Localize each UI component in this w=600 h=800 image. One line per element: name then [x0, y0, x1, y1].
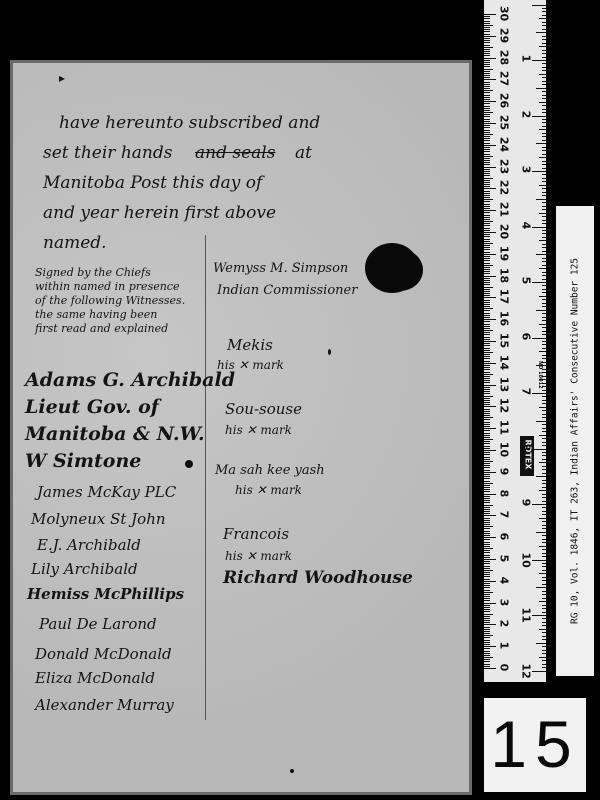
- ruler-tick: [484, 247, 490, 248]
- ruler-tick: [484, 396, 493, 397]
- ruler-tick: [542, 660, 546, 661]
- chief-name: Mekis: [227, 336, 273, 354]
- ruler-tick: [539, 546, 546, 547]
- ruler-tick: [484, 241, 490, 242]
- ruler-tick: [542, 358, 546, 359]
- ruler-tick: [484, 71, 490, 72]
- ruler-tick: [536, 32, 546, 33]
- ruler-tick: [484, 55, 490, 56]
- ruler-tick: [484, 171, 490, 172]
- ruler-tick: [484, 154, 490, 155]
- ruler-tick: [542, 164, 546, 165]
- ruler-tick: [484, 561, 490, 562]
- ruler-tick: [542, 646, 546, 647]
- ruler-tick: [484, 219, 490, 220]
- ruler-tick: [484, 287, 493, 288]
- ruler-tick: [532, 615, 546, 616]
- ruler-tick: [484, 282, 490, 283]
- ruler-tick: [542, 192, 546, 193]
- ruler-tick: [484, 162, 490, 163]
- ruler-tick: [542, 442, 546, 443]
- ruler-tick: [484, 481, 490, 482]
- ruler-tick: [484, 446, 490, 447]
- page-number: 15: [484, 706, 586, 782]
- witness-signature: Lieut Gov. of: [25, 396, 159, 418]
- ruler-tick: [542, 81, 546, 82]
- ruler-tick: [484, 620, 490, 621]
- ruler-tick: [542, 438, 546, 439]
- chief-mark: his ✕ mark: [217, 358, 284, 372]
- ruler-tick: [484, 489, 490, 490]
- ruler-cm-label: 0: [498, 660, 511, 676]
- ruler-tick: [484, 217, 490, 218]
- witness-heading: Signed by the Chiefs within named in pre…: [35, 266, 185, 336]
- ruler-tick: [484, 330, 493, 331]
- ruler-tick: [484, 494, 496, 495]
- ruler-tick: [484, 563, 490, 564]
- ruler-cm-label: 20: [498, 224, 511, 240]
- ruler-tick: [484, 18, 490, 19]
- ruler-tick: [542, 11, 546, 12]
- witness-heading-line: of the following Witnesses.: [35, 294, 185, 308]
- ruler-tick: [484, 356, 490, 357]
- ruler-tick: [484, 380, 490, 381]
- ruler-tick: [542, 570, 546, 571]
- ruler-tick: [484, 467, 490, 468]
- ruler-tick: [542, 525, 546, 526]
- ruler-tick: [484, 646, 496, 647]
- ruler-tick: [484, 149, 490, 150]
- ruler-tick: [532, 449, 546, 450]
- ruler-tick: [484, 339, 490, 340]
- ruler-tick: [484, 548, 493, 549]
- chief-name: Francois: [223, 525, 289, 543]
- ruler-tick: [542, 376, 546, 377]
- ruler-tick: [542, 233, 546, 234]
- ruler-tick: [484, 507, 490, 508]
- ruler-tick: [484, 402, 490, 403]
- ruler-cm-label: 14: [498, 354, 511, 370]
- ruler-tick: [484, 77, 490, 78]
- ruler-tick: [484, 97, 490, 98]
- ruler-tick: [484, 328, 490, 329]
- chief-name: Ma sah kee yash: [215, 463, 325, 478]
- ruler-tick: [484, 145, 496, 146]
- ruler-tick: [484, 559, 496, 560]
- ruler-cm-label: 2: [498, 616, 511, 632]
- ruler-tick: [539, 74, 546, 75]
- witness-signature: James McKay PLC: [37, 483, 176, 501]
- body-line-1: have hereunto subscribed and: [59, 113, 320, 133]
- ruler-tick: [484, 557, 490, 558]
- ruler-tick: [484, 45, 490, 46]
- ruler-tick: [484, 576, 490, 577]
- ruler-tick: [484, 140, 490, 141]
- ruler-tick: [542, 105, 546, 106]
- ruler-tick: [539, 379, 546, 380]
- ruler-tick: [484, 661, 490, 662]
- ruler-tick: [484, 627, 490, 628]
- ruler-inch-label: 9: [520, 497, 533, 509]
- ruler-cm-label: 27: [498, 71, 511, 87]
- ruler-tick: [484, 426, 490, 427]
- ruler-tick: [542, 473, 546, 474]
- column-divider: [205, 235, 206, 720]
- ruler-tick: [484, 116, 490, 117]
- ruler-tick: [484, 64, 490, 65]
- ruler-tick: [484, 348, 490, 349]
- ruler-tick: [484, 84, 490, 85]
- ruler-tick: [484, 191, 490, 192]
- ruler-inch-label: 7: [520, 386, 533, 398]
- commissioner-title: Indian Commissioner: [217, 283, 357, 298]
- ruler-tick: [484, 103, 490, 104]
- ruler-tick: [484, 542, 490, 543]
- ruler-tick: [542, 618, 546, 619]
- ruler-tick: [484, 276, 496, 277]
- ruler-cm-label: 10: [498, 442, 511, 458]
- ruler-tick: [484, 544, 490, 545]
- ruler-tick: [484, 167, 496, 168]
- ruler-tick: [484, 365, 490, 366]
- ruler-inch-label: 1: [520, 53, 533, 65]
- ruler-tick: [484, 236, 490, 237]
- ruler-tick: [484, 664, 490, 665]
- ruler-tick: [484, 337, 490, 338]
- body-line-5: named.: [43, 233, 107, 253]
- ruler-cm-label: 8: [498, 485, 511, 501]
- witness-signature: Hemiss McPhillips: [27, 585, 184, 603]
- ruler-tick: [484, 210, 496, 211]
- ruler-tick: [536, 476, 546, 477]
- ruler-tick: [484, 419, 490, 420]
- ruler-tick: [542, 91, 546, 92]
- chief-mark: his ✕ mark: [225, 423, 292, 437]
- ruler-tick: [484, 509, 490, 510]
- ruler-tick: [484, 520, 490, 521]
- ruler-tick: [484, 430, 490, 431]
- ruler-tick: [484, 435, 490, 436]
- ruler-tick: [484, 389, 490, 390]
- ruler-tick: [484, 505, 493, 506]
- ruler-tick: [484, 531, 490, 532]
- ruler-tick: [542, 667, 546, 668]
- ruler-tick: [484, 522, 490, 523]
- ruler-tick: [484, 666, 490, 667]
- ruler-tick: [539, 268, 546, 269]
- ruler-tick: [539, 157, 546, 158]
- ruler-tick: [542, 362, 546, 363]
- ruler-tick: [484, 75, 490, 76]
- ruler-cm-label: 22: [498, 180, 511, 196]
- ruler-tick: [484, 188, 496, 189]
- body-line-2a: set their hands: [43, 143, 172, 163]
- ruler-tick: [542, 50, 546, 51]
- ruler-tick: [484, 352, 493, 353]
- ruler-tick: [484, 36, 496, 37]
- archive-reference-label: RG 10, Vol. 1846, IT 263, Indian Affairs…: [556, 206, 594, 676]
- ruler-tick: [484, 310, 490, 311]
- ruler-tick: [484, 29, 490, 30]
- ruler-tick: [539, 129, 546, 130]
- ruler-tick: [542, 147, 546, 148]
- ruler-tick: [542, 112, 546, 113]
- ruler-tick: [542, 261, 546, 262]
- ruler-tick: [542, 341, 546, 342]
- ruler-tick: [539, 407, 546, 408]
- ruler-tick: [484, 398, 490, 399]
- ruler-tick: [484, 454, 490, 455]
- ruler-tick: [542, 22, 546, 23]
- ruler-tick: [484, 263, 490, 264]
- ruler-tick: [484, 14, 496, 15]
- ink-blot: [328, 349, 331, 355]
- ruler-tick: [484, 302, 490, 303]
- ruler-tick: [484, 433, 490, 434]
- ruler-tick: [542, 67, 546, 68]
- ruler-tick: [484, 326, 490, 327]
- ruler-tick: [484, 461, 493, 462]
- ruler-tick: [484, 572, 490, 573]
- ruler-tick: [484, 424, 490, 425]
- ruler-tick: [484, 23, 490, 24]
- ruler-tick: [542, 313, 546, 314]
- ruler-inch-label: 6: [520, 330, 533, 342]
- ruler-tick: [484, 535, 490, 536]
- ruler-tick: [536, 88, 546, 89]
- ruler-tick: [484, 225, 490, 226]
- ruler-tick: [542, 29, 546, 30]
- ruler-tick: [484, 125, 490, 126]
- ruler-cm-label: 29: [498, 27, 511, 43]
- ruler-tick: [542, 511, 546, 512]
- ruler-tick: [484, 450, 496, 451]
- ruler-cm-label: 28: [498, 49, 511, 65]
- ruler-tick: [484, 99, 490, 100]
- ruler-inch-label: 4: [520, 219, 533, 231]
- ruler-tick: [542, 63, 546, 64]
- ruler-tick: [532, 338, 546, 339]
- ruler-tick: [484, 306, 490, 307]
- ruler-tick: [542, 292, 546, 293]
- ruler-tick: [542, 431, 546, 432]
- ruler-cm-label: 30: [498, 6, 511, 22]
- ruler-tick: [484, 69, 493, 70]
- ruler-tick: [484, 465, 490, 466]
- ruler-tick: [542, 563, 546, 564]
- ruler-tick: [536, 199, 546, 200]
- ruler-tick: [484, 208, 490, 209]
- chief-mark: his ✕ mark: [235, 483, 302, 497]
- ruler-tick: [484, 463, 490, 464]
- ruler-cm-label: 9: [498, 463, 511, 479]
- ruler-tick: [539, 18, 546, 19]
- ruler-tick: [539, 573, 546, 574]
- ruler-tick: [484, 385, 496, 386]
- extra-signature: Richard Woodhouse: [223, 568, 413, 588]
- ruler-tick: [539, 46, 546, 47]
- witness-signature: Donald McDonald: [35, 645, 172, 663]
- ruler-tick: [484, 123, 496, 124]
- ruler-tick: [542, 566, 546, 567]
- struck-word: and seals: [195, 143, 275, 163]
- ruler-tick: [484, 491, 490, 492]
- ruler-tick: [484, 31, 490, 32]
- ruler-inch-label: 2: [520, 108, 533, 120]
- ruler-tick: [484, 635, 493, 636]
- ruler-tick: [542, 542, 546, 543]
- ruler-tick: [542, 181, 546, 182]
- ruler-tick: [542, 15, 546, 16]
- ruler-tick: [542, 237, 546, 238]
- ruler-tick: [484, 106, 490, 107]
- ruler-tick: [484, 199, 493, 200]
- ruler-tick: [542, 639, 546, 640]
- ruler-tick: [484, 82, 490, 83]
- ruler-tick: [542, 109, 546, 110]
- ruler-tick: [542, 136, 546, 137]
- ruler-tick: [484, 668, 496, 669]
- ruler-inch-label: 10: [520, 552, 533, 564]
- ruler-tick: [542, 487, 546, 488]
- ruler-tick: [484, 256, 490, 257]
- ruler-tick: [484, 422, 490, 423]
- ruler-tick: [542, 625, 546, 626]
- ruler-tick: [542, 455, 546, 456]
- ruler-cm-label: 5: [498, 551, 511, 567]
- ruler-tick: [484, 114, 490, 115]
- ruler-tick: [542, 417, 546, 418]
- ruler-tick: [542, 220, 546, 221]
- witness-heading-line: the same having been: [35, 308, 185, 322]
- ruler-tick: [542, 594, 546, 595]
- ruler-tick: [532, 227, 546, 228]
- ruler-tick: [484, 38, 490, 39]
- ruler-tick: [542, 598, 546, 599]
- ruler-tick: [484, 334, 490, 335]
- ruler-tick: [542, 331, 546, 332]
- ruler-tick: [484, 361, 490, 362]
- ruler-tick: [542, 390, 546, 391]
- ruler-tick: [542, 77, 546, 78]
- ruler-tick: [484, 132, 490, 133]
- ruler-tick: [539, 213, 546, 214]
- ruler-tick: [484, 400, 490, 401]
- ruler-tick: [484, 539, 490, 540]
- chief-mark: his ✕ mark: [225, 549, 292, 563]
- witness-heading-line: within named in presence: [35, 280, 185, 294]
- ruler-tick: [484, 637, 490, 638]
- ruler-tick: [484, 127, 490, 128]
- ruler-tick: [484, 21, 490, 22]
- ruler-tick: [484, 409, 490, 410]
- ruler-tick: [532, 5, 546, 6]
- witness-signature: E.J. Archibald: [37, 536, 141, 554]
- ruler-cm-label: 13: [498, 376, 511, 392]
- ruler-tick: [484, 47, 493, 48]
- ruler-tick: [484, 474, 490, 475]
- ruler-tick: [484, 350, 490, 351]
- ruler-tick: [484, 317, 490, 318]
- ruler-tick: [484, 173, 490, 174]
- ruler-tick: [542, 383, 546, 384]
- ruler-tick: [484, 585, 490, 586]
- ruler-tick: [484, 358, 490, 359]
- ruler-tick: [484, 289, 490, 290]
- ruler-tick: [542, 612, 546, 613]
- ruler-tick: [484, 92, 490, 93]
- ruler-tick: [484, 158, 490, 159]
- ruler-tick: [542, 580, 546, 581]
- ruler-tick: [536, 421, 546, 422]
- ruler-tick: [484, 618, 490, 619]
- ruler-tick: [532, 671, 546, 672]
- ruler-inch-label: 12: [520, 663, 533, 675]
- ruler-cm-label: 18: [498, 267, 511, 283]
- ruler-tick: [484, 119, 490, 120]
- ruler-tick: [542, 608, 546, 609]
- ruler-tick: [484, 319, 496, 320]
- ruler-tick: [542, 334, 546, 335]
- ruler-tick: [542, 539, 546, 540]
- ruler-tick: [484, 609, 490, 610]
- ruler-inch-label: 5: [520, 275, 533, 287]
- ruler-tick: [484, 552, 490, 553]
- ruler-tick: [484, 659, 490, 660]
- ruler-tick: [484, 374, 493, 375]
- ruler-tick: [484, 631, 490, 632]
- ruler-tick: [542, 247, 546, 248]
- ruler-tick: [484, 579, 490, 580]
- ruler-tick: [542, 43, 546, 44]
- ruler-tick: [484, 603, 496, 604]
- ruler-tick: [484, 633, 490, 634]
- ruler-tick: [484, 622, 490, 623]
- ruler-tick: [539, 351, 546, 352]
- ruler-tick: [484, 269, 490, 270]
- ruler-tick: [484, 502, 490, 503]
- ruler-tick: [484, 411, 490, 412]
- ruler-tick: [484, 138, 490, 139]
- ruler-tick: [484, 651, 490, 652]
- ruler-tick: [542, 501, 546, 502]
- ruler-tick: [536, 532, 546, 533]
- ruler-tick: [484, 568, 490, 569]
- ruler-tick: [484, 533, 490, 534]
- ruler-tick: [484, 186, 490, 187]
- ruler-tick: [484, 629, 490, 630]
- ruler-tick: [484, 487, 490, 488]
- ruler-tick: [542, 410, 546, 411]
- ruler-tick: [539, 185, 546, 186]
- ruler-tick: [542, 355, 546, 356]
- ruler-tick: [542, 369, 546, 370]
- witness-heading-line: Signed by the Chiefs: [35, 266, 185, 280]
- ruler-tick: [484, 393, 490, 394]
- ruler-tick: [542, 223, 546, 224]
- ruler-tick: [484, 273, 490, 274]
- ruler-tick: [542, 480, 546, 481]
- ruler-tick: [484, 550, 490, 551]
- ruler-tick: [542, 386, 546, 387]
- ruler-tick: [484, 341, 496, 342]
- ruler-tick: [484, 472, 496, 473]
- ink-blot: [290, 769, 294, 773]
- ruler-tick: [484, 252, 490, 253]
- ruler-inch-label: 3: [520, 164, 533, 176]
- ruler-tick: [484, 313, 490, 314]
- witness-signature: Manitoba & N.W.: [25, 423, 205, 445]
